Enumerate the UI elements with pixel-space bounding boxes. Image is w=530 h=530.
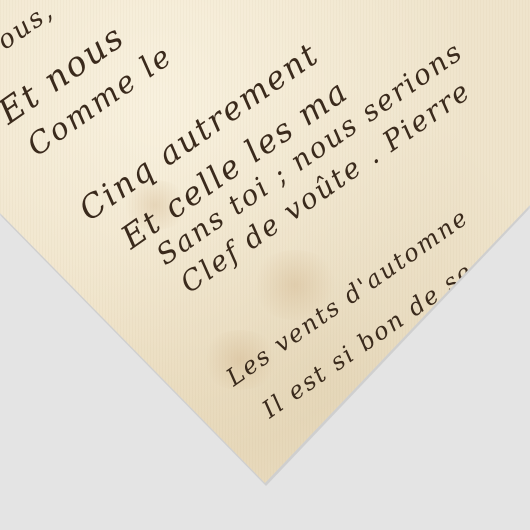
handwriting-line: vous, bbox=[0, 0, 58, 64]
photo-stage: vous, Et nous Comme le Cinq autrement Et… bbox=[0, 0, 530, 530]
letter-paper: vous, Et nous Comme le Cinq autrement Et… bbox=[0, 0, 530, 530]
